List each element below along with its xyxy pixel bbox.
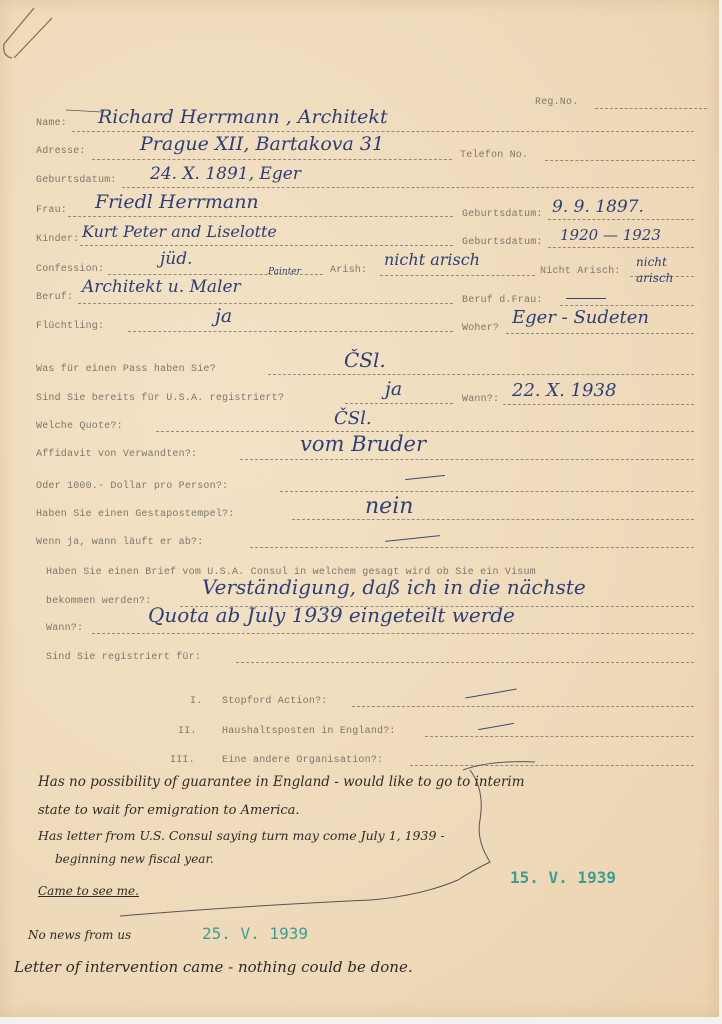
andere-num: III. <box>170 755 195 766</box>
affidavit-line <box>240 459 694 460</box>
name-label: Name: <box>36 118 67 129</box>
date-stamp-1: 15. V. 1939 <box>510 868 616 887</box>
reg-no-label: Reg.No. <box>535 97 578 108</box>
beruf-annotation: Painter <box>268 267 301 277</box>
note-line-6: No news from us <box>28 928 131 942</box>
frau-label: Frau: <box>36 205 67 216</box>
geburtsdatum-label: Geburtsdatum: <box>36 175 117 186</box>
wenn-ja-line <box>250 547 694 548</box>
usa-registriert-value[interactable]: ja <box>385 378 402 400</box>
name-line <box>72 131 694 132</box>
usa-registriert-line <box>345 403 453 404</box>
beruf-frau-dash <box>566 298 606 299</box>
arish-value[interactable]: nicht arisch <box>384 250 480 269</box>
document-page: Reg.No. Name: Richard Herrmann , Archite… <box>0 0 719 1017</box>
geburtsdatum-value[interactable]: 24. X. 1891, Eger <box>150 164 301 184</box>
frau-value[interactable]: Friedl Herrmann <box>95 191 259 213</box>
beruf-frau-line <box>560 305 694 306</box>
geburtsdatum-line <box>122 187 694 188</box>
kinder-geburtsdatum-line <box>548 247 694 248</box>
stopford-num: I. <box>190 696 202 707</box>
wann-registriert-label: Wann?: <box>462 394 499 405</box>
pass-line <box>268 374 694 375</box>
note-line-2: state to wait for emigration to America. <box>38 803 300 818</box>
beruf-value[interactable]: Architekt u. Maler <box>82 277 241 297</box>
telefon-label: Telefon No. <box>460 150 528 161</box>
registriert-fuer-label: Sind Sie registriert für: <box>46 652 201 663</box>
quote-label: Welche Quote?: <box>36 421 123 432</box>
name-value[interactable]: Richard Herrmann , Architekt <box>98 106 388 128</box>
arish-line <box>380 275 535 276</box>
haushalt-label: Haushaltsposten in England?: <box>222 726 396 737</box>
beruf-frau-label: Beruf d.Frau: <box>462 295 543 306</box>
pass-label: Was für einen Pass haben Sie? <box>36 364 216 375</box>
confession-value[interactable]: jüd. <box>160 249 193 269</box>
wann-brief-value[interactable]: Quota ab July 1939 eingeteilt werde <box>148 603 515 627</box>
telefon-input[interactable] <box>545 160 695 161</box>
adresse-line <box>92 159 452 160</box>
affidavit-value[interactable]: vom Bruder <box>300 432 426 456</box>
frau-geburtsdatum-line <box>548 219 694 220</box>
frau-line <box>68 216 453 217</box>
beruf-line <box>78 303 453 304</box>
dollar-line <box>280 491 694 492</box>
frau-geburtsdatum-label: Geburtsdatum: <box>462 209 543 220</box>
note-line-7: Letter of intervention came - nothing co… <box>14 958 413 976</box>
arish-label: Arish: <box>330 265 367 276</box>
fluechtling-value[interactable]: ja <box>215 305 232 327</box>
usa-registriert-label: Sind Sie bereits für U.S.A. registriert? <box>36 393 284 404</box>
dollar-label: Oder 1000.- Dollar pro Person?: <box>36 481 228 492</box>
wann-registriert-line <box>503 404 694 405</box>
adresse-value[interactable]: Prague XII, Bartakova 31 <box>140 133 384 155</box>
wann-brief-label: Wann?: <box>46 623 83 634</box>
confession-label: Confession: <box>36 264 104 275</box>
note-line-1: Has no possibility of guarantee in Engla… <box>38 774 525 790</box>
nicht-arisch-value[interactable]: nicht arisch <box>636 254 694 286</box>
nicht-arisch-label: Nicht Arisch: <box>540 266 621 277</box>
stopford-line <box>352 706 694 707</box>
adresse-label: Adresse: <box>36 146 86 157</box>
wenn-ja-label: Wenn ja, wann läuft er ab?: <box>36 537 203 548</box>
kinder-value[interactable]: Kurt Peter and Liselotte <box>82 222 277 241</box>
kinder-line <box>80 245 453 246</box>
andere-label: Eine andere Organisation?: <box>222 755 383 766</box>
frau-geburtsdatum-value[interactable]: 9. 9. 1897. <box>552 197 644 217</box>
note-line-4: beginning new fiscal year. <box>55 852 214 866</box>
woher-label: Woher? <box>462 323 499 334</box>
note-line-5: Came to see me. <box>38 884 139 898</box>
kinder-geburtsdatum-value[interactable]: 1920 — 1923 <box>560 226 661 244</box>
quote-value[interactable]: ČSl. <box>334 408 372 429</box>
fluechtling-label: Flüchtling: <box>36 321 104 332</box>
date-stamp-2: 25. V. 1939 <box>202 924 308 943</box>
woher-line <box>506 333 694 334</box>
beruf-label: Beruf: <box>36 292 73 303</box>
kinder-geburtsdatum-label: Geburtsdatum: <box>462 237 543 248</box>
pass-value[interactable]: ČSl. <box>344 348 386 372</box>
gestapo-line <box>292 519 694 520</box>
wann-brief-line <box>92 633 694 634</box>
affidavit-label: Affidavit von Verwandten?: <box>36 449 197 460</box>
registriert-fuer-line <box>236 662 694 663</box>
kinder-label: Kinder: <box>36 234 79 245</box>
reg-no-input[interactable] <box>595 108 707 109</box>
gestapo-value[interactable]: nein <box>365 494 413 519</box>
brief-value[interactable]: Verständigung, daß ich in die nächste <box>202 575 586 599</box>
woher-value[interactable]: Eger - Sudeten <box>512 307 649 328</box>
haushalt-num: II. <box>178 726 197 737</box>
note-line-3: Has letter from U.S. Consul saying turn … <box>38 828 445 843</box>
stopford-label: Stopford Action?: <box>222 696 327 707</box>
fluechtling-line <box>128 331 453 332</box>
wann-registriert-value[interactable]: 22. X. 1938 <box>512 380 616 401</box>
haushalt-line <box>425 736 694 737</box>
andere-line <box>410 765 694 766</box>
gestapo-label: Haben Sie einen Gestapostempel?: <box>36 509 234 520</box>
brief-label-2: bekommen werden?: <box>46 596 151 607</box>
